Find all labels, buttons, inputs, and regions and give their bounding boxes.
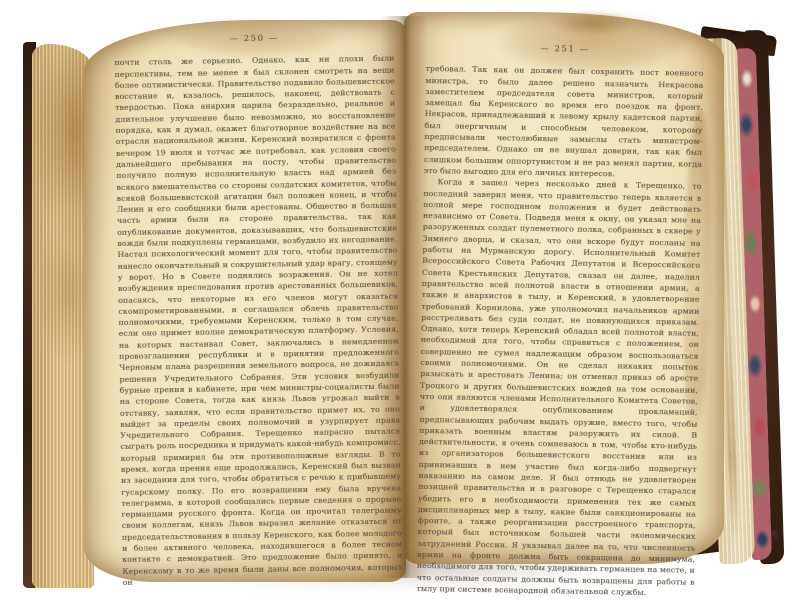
left-page-paragraph: почти столь же серьезно. Однако, как ни … bbox=[114, 53, 402, 588]
open-book-photograph: — 250 — почти столь же серьезно. Однако,… bbox=[0, 0, 800, 601]
right-page-text: — 251 — требовал. Так как он должен был … bbox=[416, 42, 704, 599]
right-page-paragraph: Когда я зашел через несколько дней к Тер… bbox=[416, 176, 701, 599]
right-page-paragraph: требовал. Так как он должен был сохранит… bbox=[424, 63, 704, 181]
left-page-text: — 250 — почти столь же серьезно. Однако,… bbox=[114, 32, 403, 589]
